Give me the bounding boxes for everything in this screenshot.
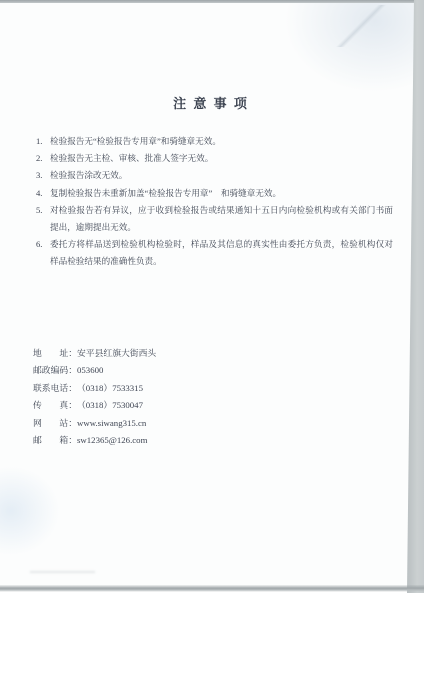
notice-item-text: 检验报告涂改无效。 bbox=[50, 167, 393, 184]
contact-value: sw12365@126.com bbox=[77, 435, 147, 445]
contact-value: 安平县红旗大街西头 bbox=[77, 348, 156, 358]
contact-value: （0318）7530047 bbox=[77, 400, 143, 410]
contact-label: 邮 箱： bbox=[33, 432, 77, 449]
contact-value: 053600 bbox=[77, 365, 103, 375]
notice-list-item: 5. 对检验报告若有异议，应于收到检验报告或结果通知十五日内向检验机构或有关部门… bbox=[36, 202, 393, 236]
contact-row: 传 真：（0318）7530047 bbox=[33, 397, 373, 414]
notice-item-number: 6. bbox=[36, 236, 50, 253]
contact-label: 网 站： bbox=[33, 415, 77, 432]
notice-item-number: 2. bbox=[36, 150, 50, 167]
notice-item-text: 委托方将样品送到检验机构检验时，样品及其信息的真实性由委托方负责，检验机构仅对样… bbox=[50, 236, 393, 270]
paper-crease bbox=[326, 5, 396, 47]
notice-list-item: 4. 复制检验报告未重新加盖“检验报告专用章” 和骑缝章无效。 bbox=[36, 185, 393, 202]
contact-row: 地 址：安平县红旗大街西头 bbox=[33, 345, 373, 362]
notice-list: 1. 检验报告无“检验报告专用章”和骑缝章无效。 2. 检验报告无主检、审核、批… bbox=[36, 133, 393, 271]
scan-smudge bbox=[0, 466, 60, 556]
contact-label: 地 址： bbox=[33, 345, 77, 362]
contact-label: 传 真： bbox=[33, 397, 77, 414]
scan-artifact bbox=[30, 571, 95, 573]
notice-item-number: 3. bbox=[36, 167, 50, 184]
notice-item-number: 5. bbox=[36, 202, 50, 219]
paper-bottom-edge-shadow bbox=[0, 585, 424, 592]
contact-value: www.siwang315.cn bbox=[77, 418, 146, 428]
contact-row: 邮 箱：sw12365@126.com bbox=[33, 432, 373, 449]
page-title: 注 意 事 项 bbox=[28, 93, 394, 112]
contact-block: 地 址：安平县红旗大街西头 邮政编码：053600 联系电话：（0318）753… bbox=[33, 345, 373, 449]
notice-item-text: 对检验报告若有异议，应于收到检验报告或结果通知十五日内向检验机构或有关部门书面提… bbox=[50, 202, 393, 236]
notice-list-item: 2. 检验报告无主检、审核、批准人签字无效。 bbox=[36, 150, 393, 167]
contact-label: 联系电话： bbox=[33, 380, 77, 397]
contact-label: 邮政编码： bbox=[33, 362, 77, 379]
notice-item-text: 检验报告无主检、审核、批准人签字无效。 bbox=[50, 150, 393, 167]
notice-list-item: 1. 检验报告无“检验报告专用章”和骑缝章无效。 bbox=[36, 133, 393, 150]
notice-item-number: 1. bbox=[36, 133, 50, 150]
paper-sheet bbox=[0, 3, 414, 586]
contact-row: 联系电话：（0318）7533315 bbox=[33, 380, 373, 397]
notice-item-number: 4. bbox=[36, 185, 50, 202]
notice-list-item: 3. 检验报告涂改无效。 bbox=[36, 167, 393, 184]
notice-item-text: 复制检验报告未重新加盖“检验报告专用章” 和骑缝章无效。 bbox=[50, 185, 393, 202]
contact-row: 邮政编码：053600 bbox=[33, 362, 373, 379]
notice-list-item: 6. 委托方将样品送到检验机构检验时，样品及其信息的真实性由委托方负责，检验机构… bbox=[36, 236, 393, 270]
contact-row: 网 站：www.siwang315.cn bbox=[33, 415, 373, 432]
scanned-page: 注 意 事 项 1. 检验报告无“检验报告专用章”和骑缝章无效。 2. 检验报告… bbox=[0, 0, 424, 700]
notice-item-text: 检验报告无“检验报告专用章”和骑缝章无效。 bbox=[50, 133, 393, 150]
contact-value: （0318）7533315 bbox=[77, 383, 143, 393]
